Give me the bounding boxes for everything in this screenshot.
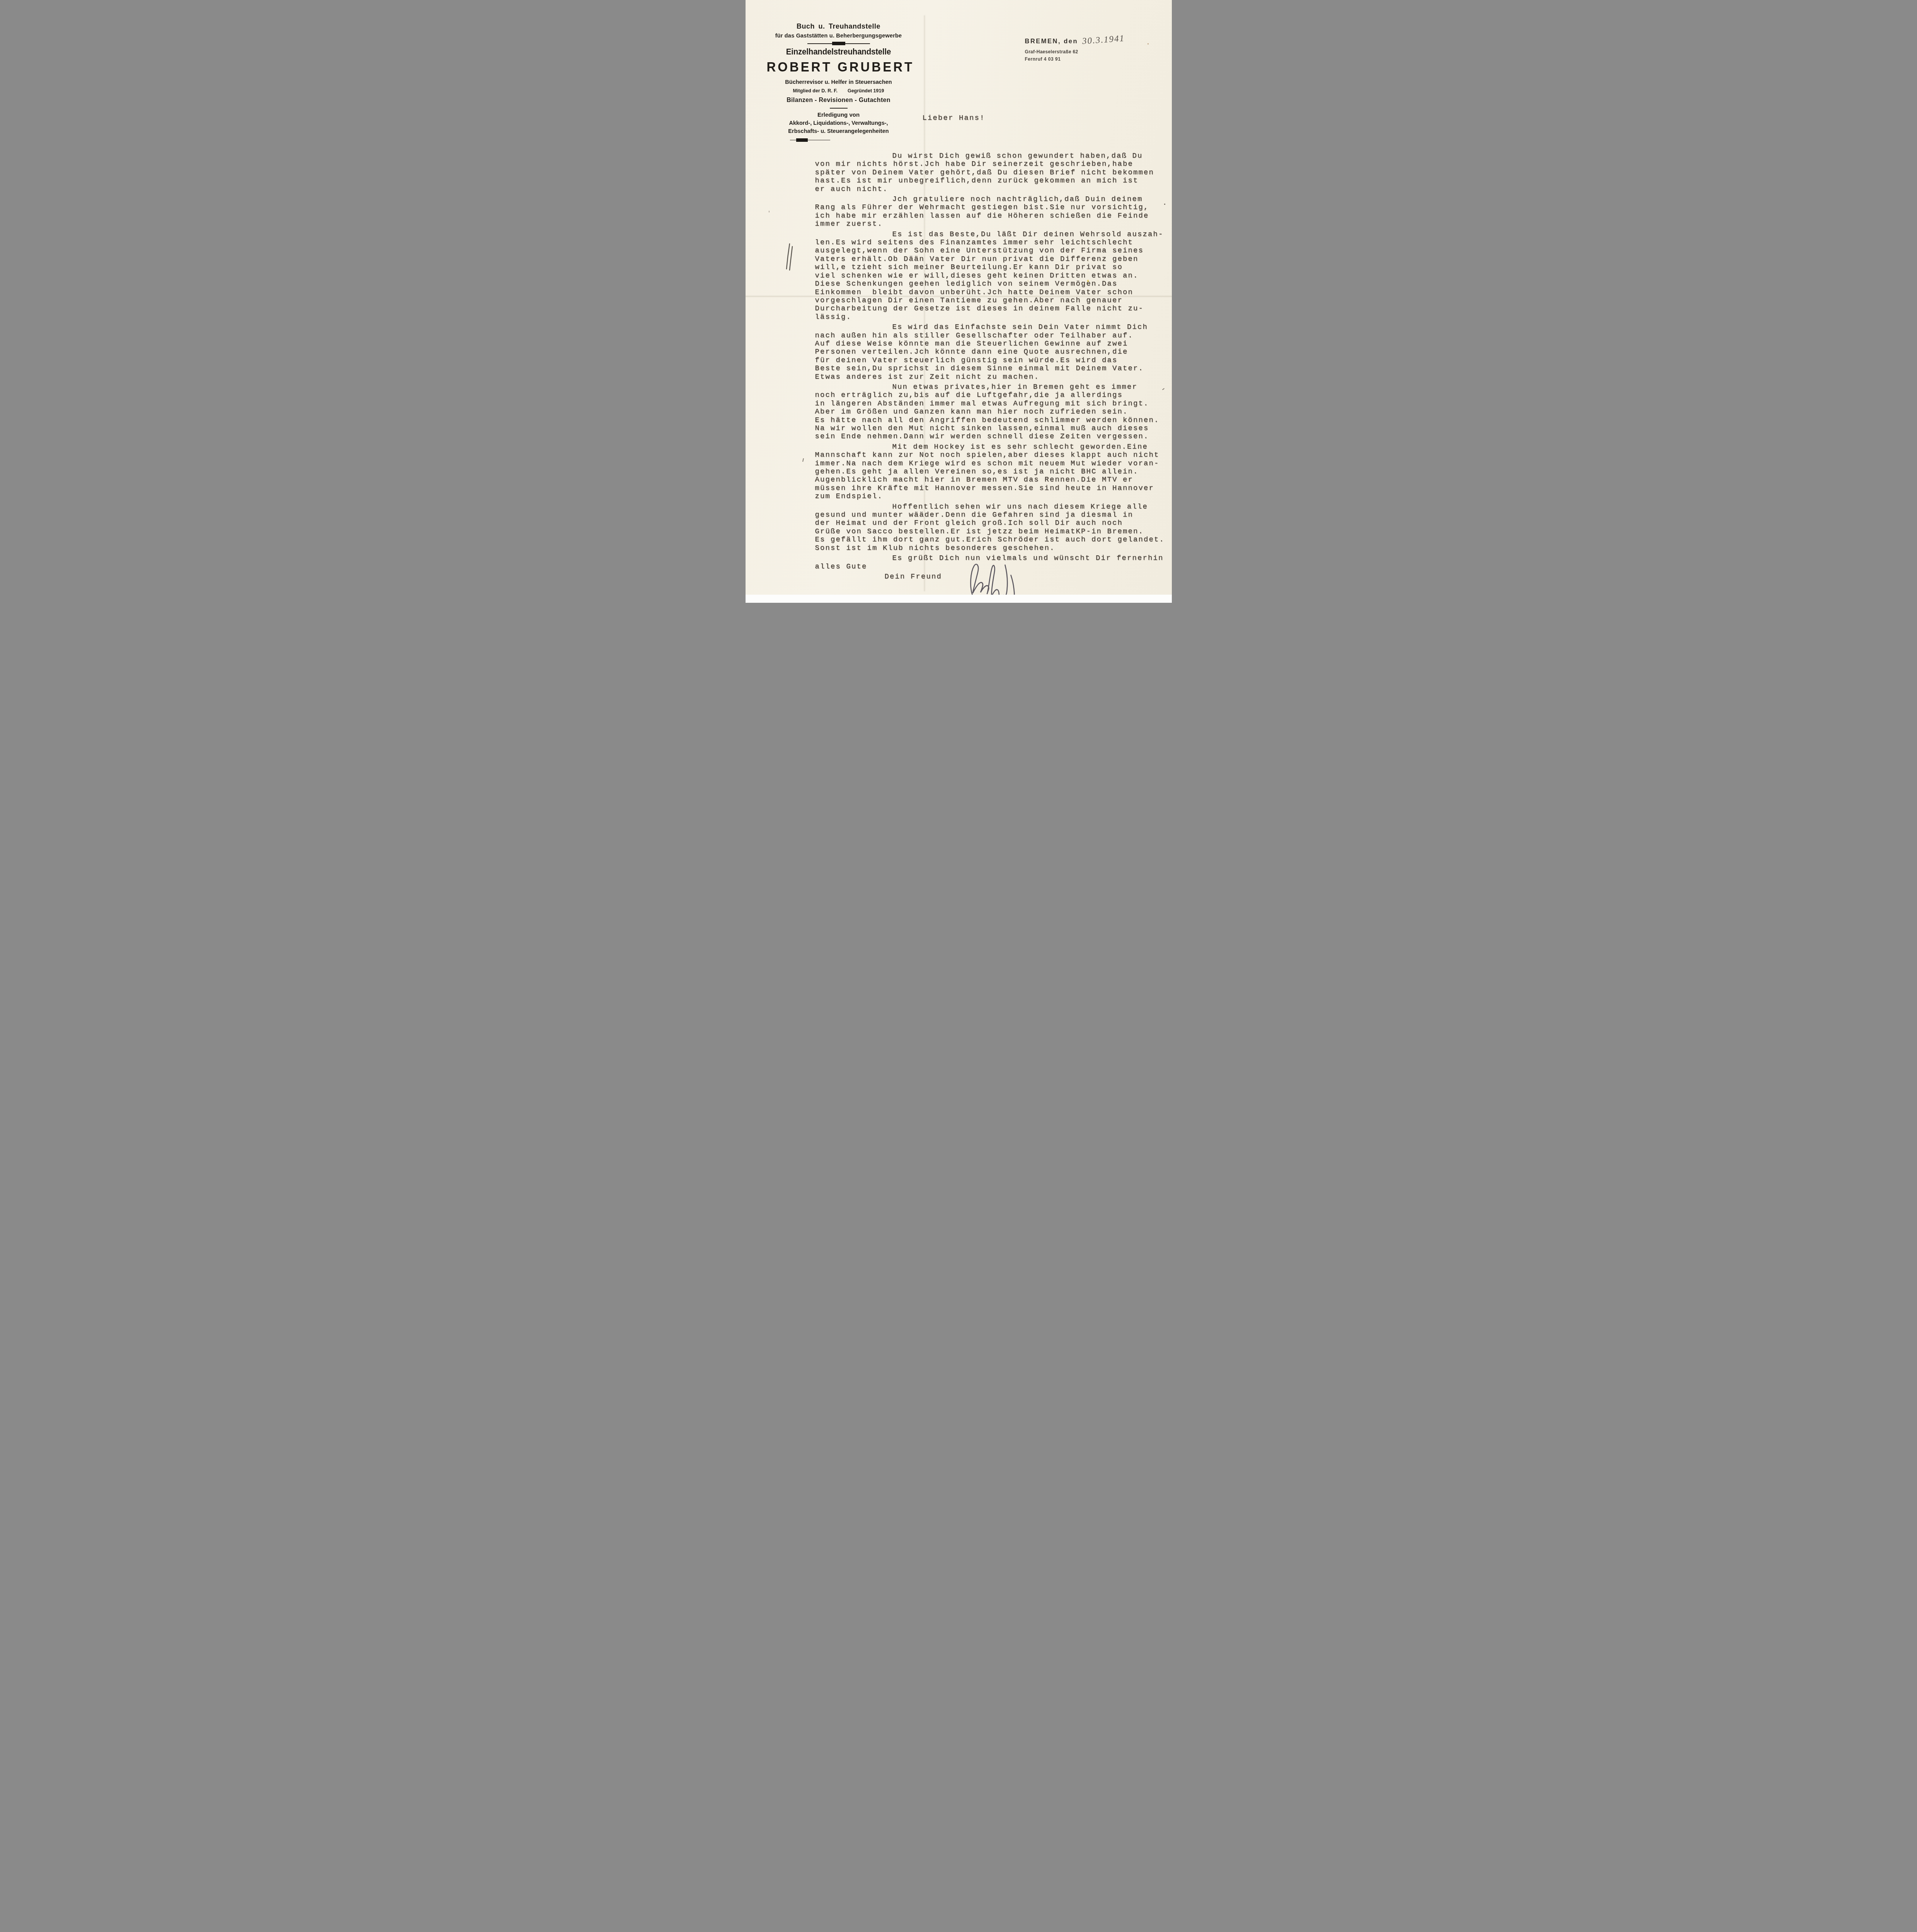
body-line: immer.Na nach dem Kriege wird es schon m… bbox=[815, 459, 1172, 468]
scanned-letter-page: Buch u. Treuhandstelle für das Gaststätt… bbox=[746, 0, 1172, 603]
body-line: Augenblicklich macht hier in Bremen MTV … bbox=[815, 476, 1172, 484]
body-line: hast.Es ist mir unbegreiflich,denn zurüc… bbox=[815, 177, 1172, 185]
body-line: Na wir wollen den Mut nicht sinken lasse… bbox=[815, 424, 1172, 432]
dateline-street: Graf-Haeselerstraße 62 bbox=[1025, 49, 1078, 54]
body-line: gesund und munter wääder.Denn die Gefahr… bbox=[815, 511, 1172, 519]
body-line: Vaters erhält.Ob Dään Vater Dir nun priv… bbox=[815, 255, 1172, 263]
body-line: Mit dem Hockey ist es sehr schlecht gewo… bbox=[815, 443, 1172, 451]
letter-body: Du wirst Dich gewiß schon gewundert habe… bbox=[815, 152, 1172, 581]
body-line: zum Endspiel. bbox=[815, 492, 1172, 500]
dateline-block: BREMEN, den 30.3.1941 Graf-Haeselerstraß… bbox=[1025, 38, 1078, 62]
body-line: der Heimat und der Front gleich groß.Ich… bbox=[815, 519, 1172, 527]
body-line: Es wird das Einfachste sein Dein Vater n… bbox=[815, 323, 1172, 331]
letterhead-erledigung-1: Erledigung von bbox=[767, 112, 911, 118]
paragraph: Mit dem Hockey ist es sehr schlecht gewo… bbox=[815, 443, 1172, 501]
paragraph: Du wirst Dich gewiß schon gewundert habe… bbox=[815, 152, 1172, 193]
body-line: vorgeschlagen Dir einen Tantieme zu gehe… bbox=[815, 296, 1172, 304]
letterhead-founded: Gegründet 1919 bbox=[848, 88, 884, 94]
body-line: er auch nicht. bbox=[815, 185, 1172, 193]
body-line: ich habe mir erzählen lassen auf die Höh… bbox=[815, 212, 1172, 220]
letterhead-membership-line: Mitglied der D. R. F.Gegründet 1919 bbox=[767, 88, 911, 94]
body-line: Beste sein,Du sprichst in diesem Sinne e… bbox=[815, 364, 1172, 372]
body-line: müssen ihre Kräfte mit Hannover messen.S… bbox=[815, 484, 1172, 492]
paper-speck-yellow bbox=[1087, 280, 1089, 282]
body-line: Personen verteilen.Jch könnte dann eine … bbox=[815, 348, 1172, 356]
letterhead-erledigung-2: Akkord-, Liquidations-, Verwaltungs-, bbox=[767, 120, 911, 126]
letterhead: Buch u. Treuhandstelle für das Gaststätt… bbox=[767, 22, 911, 142]
salutation: Lieber Hans! bbox=[923, 114, 985, 122]
letterhead-title: Buch u. Treuhandstelle bbox=[767, 22, 911, 31]
divider-ornament-top bbox=[807, 42, 870, 45]
letterhead-subtitle: für das Gaststätten u. Beherbergungsgewe… bbox=[767, 33, 911, 39]
paper-speck-brown bbox=[1147, 43, 1149, 44]
body-line: noch erträglich zu,bis auf die Luftgefah… bbox=[815, 391, 1172, 399]
body-line: Rang als Führer der Wehrmacht gestiegen … bbox=[815, 203, 1172, 211]
body-line: Mannschaft kann zur Not noch spielen,abe… bbox=[815, 451, 1172, 459]
margin-pen-mark bbox=[785, 242, 794, 271]
paragraph: Jch gratuliere noch nachträglich,daß Dui… bbox=[815, 195, 1172, 228]
body-line: Aber im Größen und Ganzen kann man hier … bbox=[815, 408, 1172, 416]
body-line: Sonst ist im Klub nichts besonderes gesc… bbox=[815, 544, 1172, 552]
divider-rule-middle bbox=[830, 108, 848, 109]
body-line: in längeren Abständen immer mal etwas Au… bbox=[815, 400, 1172, 408]
body-line: Auf diese Weise könnte man die Steuerlic… bbox=[815, 340, 1172, 348]
scan-edge-strip bbox=[746, 595, 1172, 603]
body-line: immer zuerst. bbox=[815, 220, 1172, 228]
body-line: Du wirst Dich gewiß schon gewundert habe… bbox=[815, 152, 1172, 160]
letterhead-branch: Einzelhandelstreuhandstelle bbox=[767, 47, 911, 57]
letterhead-profession: Bücherrevisor u. Helfer in Steuersachen bbox=[767, 79, 911, 85]
handwritten-signature bbox=[964, 563, 1042, 599]
body-line: Hoffentlich sehen wir uns nach diesem Kr… bbox=[815, 503, 1172, 511]
letterhead-membership: Mitglied der D. R. F. bbox=[793, 88, 838, 94]
body-line: viel schenken wie er will,dieses geht ke… bbox=[815, 272, 1172, 280]
paragraph: Es wird das Einfachste sein Dein Vater n… bbox=[815, 323, 1172, 381]
body-line: Es grüßt Dich nun vielmals und wünscht D… bbox=[815, 554, 1172, 562]
body-line: Nun etwas privates,hier in Bremen geht e… bbox=[815, 383, 1172, 391]
body-line: Einkommen bleibt davon unberüht.Jch hatt… bbox=[815, 288, 1172, 296]
body-line: nach außen hin als stiller Gesellschafte… bbox=[815, 332, 1172, 340]
body-line: Es ist das Beste,Du läßt Dir deinen Wehr… bbox=[815, 230, 1172, 238]
paragraph: Es ist das Beste,Du läßt Dir deinen Wehr… bbox=[815, 230, 1172, 321]
stray-ink-dot bbox=[1164, 204, 1165, 205]
letterhead-erledigung-3: Erbschafts- u. Steuerangelegenheiten bbox=[767, 128, 911, 134]
body-line: lässig. bbox=[815, 313, 1172, 321]
paragraph: Hoffentlich sehen wir uns nach diesem Kr… bbox=[815, 503, 1172, 552]
divider-ornament-bottom bbox=[790, 138, 830, 142]
body-line: gehen.Es geht ja allen Vereinen so,es is… bbox=[815, 468, 1172, 476]
body-line: len.Es wird seitens des Finanzamtes imme… bbox=[815, 238, 1172, 247]
dateline-city: BREMEN, den bbox=[1025, 38, 1078, 45]
paper-fiber bbox=[769, 211, 770, 213]
body-line: Diese Schenkungen geehen lediglich von s… bbox=[815, 280, 1172, 288]
paragraph: Nun etwas privates,hier in Bremen geht e… bbox=[815, 383, 1172, 441]
body-line: Es gefällt ihm dort ganz gut.Erich Schrö… bbox=[815, 536, 1172, 544]
letterhead-services: Bilanzen - Revisionen - Gutachten bbox=[767, 97, 911, 104]
body-line: will,e tzieht sich meiner Beurteilung.Er… bbox=[815, 263, 1172, 271]
body-line: später von Deinem Vater gehört,daß Du di… bbox=[815, 168, 1172, 177]
body-line: Etwas anderes ist zur Zeit nicht zu mach… bbox=[815, 373, 1172, 381]
body-line: von mir nichts hörst.Jch habe Dir seiner… bbox=[815, 160, 1172, 168]
dateline-phone: Fernruf 4 03 91 bbox=[1025, 56, 1078, 62]
body-line: sein Ende nehmen.Dann wir werden schnell… bbox=[815, 432, 1172, 440]
body-line: Es hätte nach all den Angriffen bedeuten… bbox=[815, 416, 1172, 424]
body-line: Grüße von Sacco bestellen.Er ist jetzz b… bbox=[815, 527, 1172, 536]
letterhead-name: ROBERT GRUBERT bbox=[767, 60, 911, 75]
body-line: ausgelegt,wenn der Sohn eine Unterstützu… bbox=[815, 247, 1172, 255]
body-line: Durcharbeitung der Gesetze ist dieses in… bbox=[815, 304, 1172, 313]
body-line: für deinen Vater steuerlich günstig sein… bbox=[815, 356, 1172, 364]
body-line: Jch gratuliere noch nachträglich,daß Dui… bbox=[815, 195, 1172, 203]
